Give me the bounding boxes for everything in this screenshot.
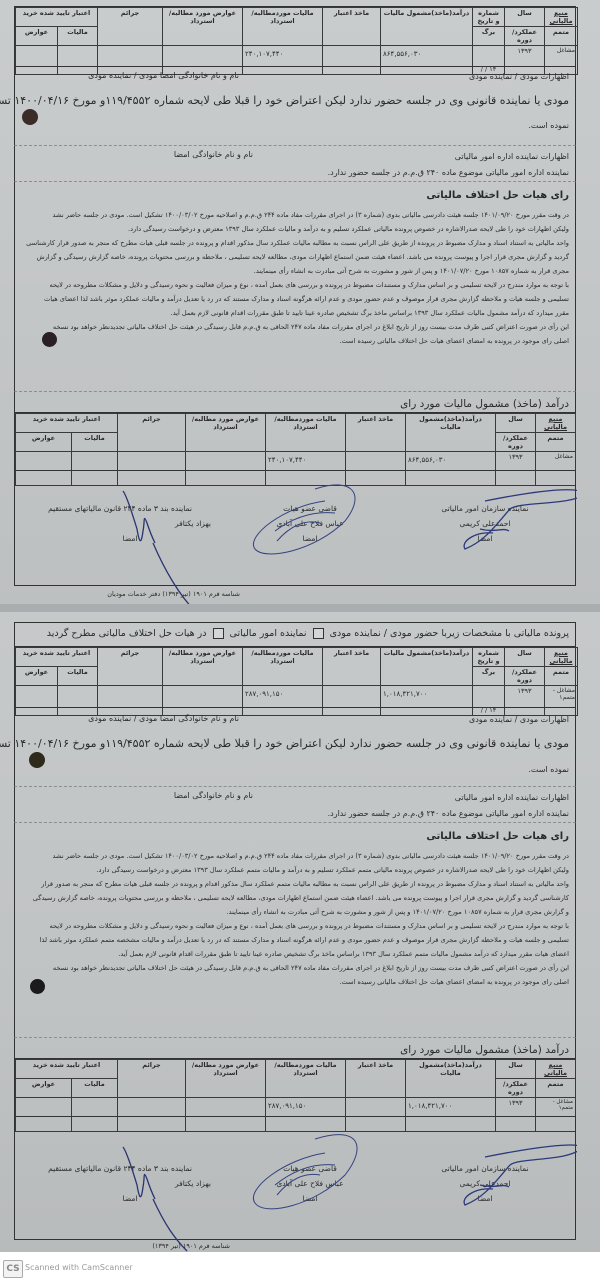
col-approved-tax: مالیات	[58, 667, 98, 686]
col-approved-duties: عوارض	[16, 1079, 72, 1098]
scanner-watermark-bar: CS Scanned with CamScanner	[0, 1252, 600, 1284]
office-sign-label: نام و نام خانوادگی امضا	[174, 150, 253, 159]
col-year: سال	[505, 648, 545, 667]
tax-summary-table-2: منبع مالیاتی سال شماره و تاریخ درآمد(ماخ…	[14, 646, 576, 716]
taxpayer-statement-section-1: اظهارات مودی / نماینده مودی نام و نام خا…	[14, 66, 576, 146]
ruling-line: گردید و گزارش مجری قرار اجرا و پیوست پرو…	[21, 250, 569, 264]
office-statement-text: نماینده اداره امور مالیاتی موضوع ماده ۲۴…	[328, 809, 569, 818]
col-approved-credit: اعتبار تایید شده خرید	[16, 1060, 118, 1079]
col-sheet-sub: برگ	[473, 667, 505, 686]
ruling-line: واحد مالیاتی به استناد اسناد و مدارک مضب…	[21, 877, 569, 891]
document-page-2: پرونده مالیاتی با مشخصات زیربا حضور مودی…	[0, 612, 600, 1252]
col-tax-due: مالیات موردمطالبه/استرداد	[243, 648, 323, 686]
col-income: درآمد(ماخذ)مشمول مالیات	[406, 1060, 496, 1098]
col-credit-basis: ماخذ اعتبار	[323, 8, 381, 46]
office-statement-section-1: اظهارات نماینده اداره امور مالیاتی نام و…	[14, 146, 576, 182]
taxpayer-statement-text-end: نموده است.	[528, 121, 569, 130]
taxpayer-present-checkbox[interactable]	[313, 628, 324, 639]
col-tax-due: مالیات موردمطالبه/استرداد	[266, 414, 346, 452]
col-approved-duties: عوارض	[16, 27, 58, 46]
col-source-sub: متمم	[536, 1079, 576, 1098]
ruling-line: اصلی رای موجود در پرونده به امضای اعضای …	[21, 975, 569, 989]
ruling-line: در وقت مقرر مورخ ۱۴۰۱/۰۹/۲۰ جلسه هیئت دا…	[21, 849, 569, 863]
col-income: درآمد(ماخذ)مشمول مالیات	[381, 8, 473, 46]
tax-summary-table-1: منبع مالیاتی سال شماره و تاریخ درآمد(ماخ…	[14, 6, 576, 75]
case-header-2: پرونده مالیاتی با مشخصات زیربا حضور مودی…	[14, 622, 576, 646]
form-identifier: شناسه فرم ۱۹۰۱ (تیر ۱۳۹۴) دفتر خدمات مود…	[60, 590, 240, 598]
ruling-section-1: رای هیات حل اختلاف مالیاتی در وقت مقرر م…	[14, 182, 576, 392]
col-duties-due: عوارض مورد مطالبه/استرداد	[186, 414, 266, 452]
col-approved-credit: اعتبار تایید شده خرید	[16, 8, 98, 27]
ruling-line: مقرر میدارد که درآمد مشمول مالیات عملکرد…	[21, 306, 569, 320]
signature-section-1: نماینده سازمان امور مالیاتی احمدعلی کریم…	[14, 470, 576, 586]
col-duties-due: عوارض مورد مطالبه/استرداد	[186, 1060, 266, 1098]
col-duties-due: عوارض مورد مطالبه/استرداد	[163, 8, 243, 46]
case-header-part: پرونده مالیاتی با مشخصات زیربا حضور مودی…	[330, 628, 569, 639]
col-approved-credit: اعتبار تایید شده خرید	[16, 414, 118, 433]
ruling-line: و گزارش مجری قرار به شماره ۱۰۸۵۷ مورخ ۱۴…	[21, 905, 569, 919]
verdict-table-title: درآمد (ماخذ) مشمول مالیات مورد رای	[400, 1044, 569, 1056]
ruling-line: این رأی در صورت اعتراض کتبی ظرف مدت بیست…	[21, 961, 569, 975]
ruling-line: تسلیمی و جلسه هیات و ملاحظه گزارش مجری ق…	[21, 933, 569, 947]
ruling-line: کارشناسی گردید و گزارش مجری قرار اجرا و …	[21, 891, 569, 905]
ruling-line: واحد مالیاتی به استناد اسناد و مدارک مضب…	[21, 236, 569, 250]
ruling-line: اعضای هیات مقرر میدارد که درآمد مشمول ما…	[21, 947, 569, 961]
taxpayer-statement-section-2: اظهارات مودی / نماینده مودی نام و نام خا…	[14, 707, 576, 787]
col-year-sub: عملکرد/دوره	[496, 433, 536, 452]
fingerprint-stamp-icon	[22, 109, 38, 125]
tax-office-present-checkbox[interactable]	[213, 628, 224, 639]
office-sign-label: نام و نام خانوادگی امضا	[174, 791, 253, 800]
ruling-line: ولیکن اظهارات خود را طی لایحه صدرالاشاره…	[21, 222, 569, 236]
signature-section-2: نماینده سازمان امور مالیاتی احمدعلی کریم…	[14, 1116, 576, 1240]
ruling-title: رای هیات حل اختلاف مالیاتی	[426, 831, 569, 842]
col-source: منبع مالیاتی	[545, 8, 578, 27]
taxpayer-statement-text: مودی یا نماینده قانونی وی در جلسه حضور ن…	[0, 734, 569, 754]
col-year-sub: عملکرد/دوره	[505, 27, 545, 46]
col-sheet-sub: برگ	[473, 27, 505, 46]
col-duties-due: عوارض مورد مطالبه/استرداد	[163, 648, 243, 686]
document-page-1: منبع مالیاتی سال شماره و تاریخ درآمد(ماخ…	[0, 0, 600, 612]
ruling-body: در وقت مقرر مورخ ۱۴۰۱/۰۹/۲۰ جلسه هیئت دا…	[21, 208, 569, 348]
taxpayer-sign-label: نام و نام خانوادگی امضا مودی / نماینده م…	[88, 714, 239, 723]
col-source-sub: متمم	[536, 433, 576, 452]
ruling-line: این رأی در صورت اعتراض کتبی ظرف مدت بیست…	[21, 320, 569, 334]
col-sheet: شماره و تاریخ	[473, 8, 505, 27]
ruling-line: اصلی رای موجود در پرونده به امضای اعضای …	[21, 334, 569, 348]
col-year-sub: عملکرد/دوره	[505, 667, 545, 686]
taxpayer-statement-text: مودی یا نماینده قانونی وی در جلسه حضور ن…	[0, 91, 569, 111]
ruling-line: ولیکن اظهارات خود را طی لایحه صدرالاشاره…	[21, 863, 569, 877]
office-statement-label: اظهارات نماینده اداره امور مالیاتی	[455, 793, 569, 802]
col-approved-tax: مالیات	[72, 1079, 118, 1098]
col-credit-basis: ماخذ اعتبار	[346, 414, 406, 452]
col-source: منبع مالیاتی	[545, 648, 578, 667]
case-header-part: در هیات حل اختلاف مالیاتی مطرح گردید	[47, 628, 207, 639]
col-penalties: جرائم	[118, 414, 186, 452]
taxpayer-statement-label: اظهارات مودی / نماینده مودی	[469, 72, 569, 81]
verdict-title-row-1: درآمد (ماخذ) مشمول مالیات مورد رای	[14, 392, 576, 414]
col-income: درآمد(ماخذ)مشمول مالیات	[381, 648, 473, 686]
col-source-sub: متمم	[545, 667, 578, 686]
ruling-line: در وقت مقرر مورخ ۱۴۰۱/۰۹/۲۰ جلسه هیئت دا…	[21, 208, 569, 222]
ruling-body: در وقت مقرر مورخ ۱۴۰۱/۰۹/۲۰ جلسه هیئت دا…	[21, 849, 569, 989]
office-statement-section-2: اظهارات نماینده اداره امور مالیاتی نام و…	[14, 787, 576, 823]
col-tax-due: مالیات موردمطالبه/استرداد	[243, 8, 323, 46]
verdict-title-row-2: درآمد (ماخذ) مشمول مالیات مورد رای	[14, 1038, 576, 1060]
col-year-sub: عملکرد/دوره	[496, 1079, 536, 1098]
col-source: منبع مالیاتی	[536, 414, 576, 433]
col-approved-credit: اعتبار تایید شده خرید	[16, 648, 98, 667]
col-penalties: جرائم	[98, 8, 163, 46]
taxpayer-sign-label: نام و نام خانوادگی امضا مودی / نماینده م…	[88, 71, 239, 80]
col-year: سال	[496, 1060, 536, 1079]
col-credit-basis: ماخذ اعتبار	[323, 648, 381, 686]
col-sheet: شماره و تاریخ	[473, 648, 505, 667]
case-header-part: نماینده امور مالیاتی	[230, 628, 307, 639]
ruling-line: با توجه به موارد مندرج در لایحه تسلیمی و…	[21, 919, 569, 933]
ruling-line: با توجه به موارد مندرج در لایحه تسلیمی و…	[21, 278, 569, 292]
ruling-line: مجری قرار به شماره ۱۰۸۵۷ مورخ ۱۴۰۱/۰۷/۲۰…	[21, 264, 569, 278]
office-statement-text: نماینده اداره امور مالیاتی موضوع ماده ۲۴…	[328, 168, 569, 177]
camscanner-logo-icon: CS	[3, 1260, 23, 1278]
fingerprint-stamp-icon	[42, 332, 57, 347]
col-penalties: جرائم	[118, 1060, 186, 1098]
verdict-table-title: درآمد (ماخذ) مشمول مالیات مورد رای	[400, 398, 569, 410]
col-approved-duties: عوارض	[16, 433, 72, 452]
ruling-section-2: رای هیات حل اختلاف مالیاتی در وقت مقرر م…	[14, 823, 576, 1038]
col-approved-tax: مالیات	[72, 433, 118, 452]
col-source: منبع مالیاتی	[536, 1060, 576, 1079]
form-identifier: شناسه فرم ۱۹۰۱ (تیر ۱۳۹۴)	[100, 1242, 230, 1250]
col-penalties: جرائم	[98, 648, 163, 686]
camscanner-label: Scanned with CamScanner	[25, 1263, 133, 1272]
col-approved-tax: مالیات	[58, 27, 98, 46]
office-statement-label: اظهارات نماینده اداره امور مالیاتی	[455, 152, 569, 161]
ruling-title: رای هیات حل اختلاف مالیاتی	[426, 190, 569, 201]
col-approved-duties: عوارض	[16, 667, 58, 686]
col-tax-due: مالیات موردمطالبه/استرداد	[266, 1060, 346, 1098]
col-credit-basis: ماخذ اعتبار	[346, 1060, 406, 1098]
col-source-sub: متمم	[545, 27, 578, 46]
taxpayer-statement-label: اظهارات مودی / نماینده مودی	[469, 715, 569, 724]
col-income: درآمد(ماخذ)مشمول مالیات	[406, 414, 496, 452]
ruling-line: تسلیمی و جلسه هیات و ملاحظه گزارش مجری ق…	[21, 292, 569, 306]
col-year: سال	[505, 8, 545, 27]
taxpayer-statement-text-end: نموده است.	[528, 765, 569, 774]
col-year: سال	[496, 414, 536, 433]
fingerprint-stamp-icon	[29, 752, 45, 768]
fingerprint-stamp-icon	[30, 979, 45, 994]
